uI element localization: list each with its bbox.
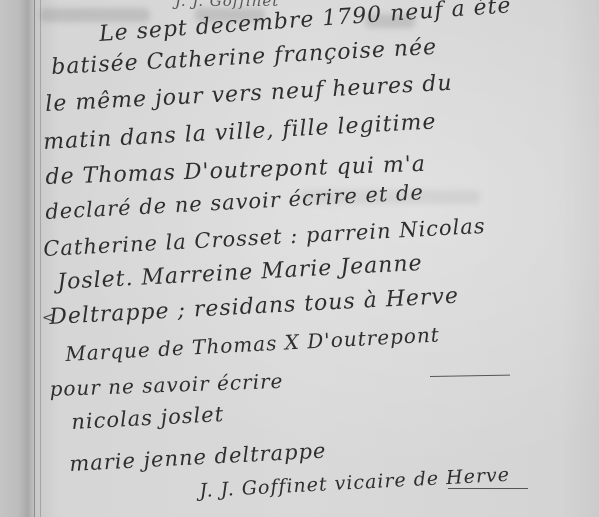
- record-line-4: matin dans la ville, fille legitime: [43, 109, 437, 155]
- line-filler-stroke: [430, 375, 510, 377]
- signature-godmother: marie jenne deltrappe: [69, 439, 327, 476]
- record-line-3: le même jour vers neuf heures du: [45, 71, 453, 117]
- record-line-10: Marque de Thomas X D'outrepont: [65, 322, 441, 366]
- signature-flourish: [448, 488, 528, 489]
- document-page: J. J. Goffinet Le sept decembre 1790 neu…: [0, 0, 599, 517]
- record-line-1: Le sept decembre 1790 neuf a été: [98, 0, 512, 47]
- margin-arrow-mark: <: [42, 310, 54, 326]
- margin-rule: [34, 0, 35, 517]
- signature-godfather: nicolas joslet: [71, 402, 225, 434]
- signature-vicar: J. J. Goffinet vicaire de Herve: [199, 464, 511, 502]
- header-fragment: J. J. Goffinet: [175, 0, 279, 10]
- margin-rule-inner: [40, 0, 41, 517]
- record-line-11: pour ne savoir écrire: [49, 369, 284, 401]
